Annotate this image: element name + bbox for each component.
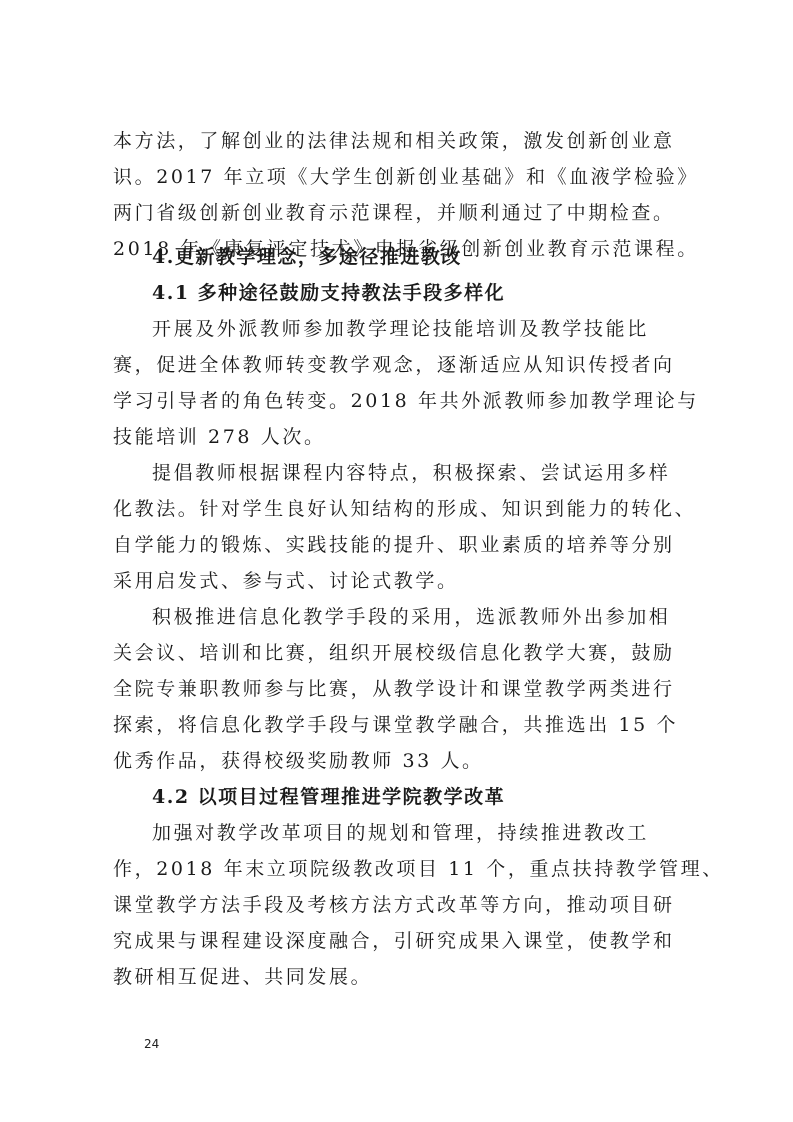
body-line: 全院专兼职教师参与比赛，从教学设计和课堂教学两类进行: [113, 674, 683, 704]
body-line: 关会议、培训和比赛，组织开展校级信息化教学大赛，鼓励: [113, 638, 683, 668]
body-line: 技能培训 278 人次。: [113, 422, 683, 452]
body-line: 作，2018 年末立项院级教改项目 11 个，重点扶持教学管理、: [113, 854, 683, 884]
section-heading: 4.更新教学理念，多途径推进教改: [152, 242, 722, 272]
body-line: 优秀作品，获得校级奖励教师 33 人。: [113, 746, 683, 776]
subsection-heading: 4.2 以项目过程管理推进学院教学改革: [152, 782, 722, 812]
body-line: 采用启发式、参与式、讨论式教学。: [113, 566, 683, 596]
body-line: 赛，促进全体教师转变教学观念，逐渐适应从知识传授者向: [113, 350, 683, 380]
body-line: 课堂教学方法手段及考核方法方式改革等方向，推动项目研: [113, 890, 683, 920]
paragraph-first-line: 积极推进信息化教学手段的采用，选派教师外出参加相: [152, 602, 683, 632]
body-line: 究成果与课程建设深度融合，引研究成果入课堂，使教学和: [113, 926, 683, 956]
body-line: 两门省级创新创业教育示范课程，并顺利通过了中期检查。: [113, 198, 683, 228]
body-line: 本方法，了解创业的法律法规和相关政策，激发创新创业意: [113, 126, 683, 156]
page-number: 24: [144, 1037, 159, 1051]
body-line: 教研相互促进、共同发展。: [113, 962, 683, 992]
body-line: 识。2017 年立项《大学生创新创业基础》和《血液学检验》: [113, 162, 683, 192]
document-page: 本方法，了解创业的法律法规和相关政策，激发创新创业意 识。2017 年立项《大学…: [0, 0, 793, 1122]
body-line: 化教法。针对学生良好认知结构的形成、知识到能力的转化、: [113, 494, 683, 524]
subsection-heading: 4.1 多种途径鼓励支持教法手段多样化: [152, 278, 722, 308]
paragraph-first-line: 加强对教学改革项目的规划和管理，持续推进教改工: [152, 818, 683, 848]
body-line: 学习引导者的角色转变。2018 年共外派教师参加教学理论与: [113, 386, 683, 416]
body-line: 自学能力的锻炼、实践技能的提升、职业素质的培养等分别: [113, 530, 683, 560]
paragraph-first-line: 开展及外派教师参加教学理论技能培训及教学技能比: [152, 314, 683, 344]
body-line: 探索，将信息化教学手段与课堂教学融合，共推选出 15 个: [113, 710, 683, 740]
paragraph-first-line: 提倡教师根据课程内容特点，积极探索、尝试运用多样: [152, 458, 683, 488]
